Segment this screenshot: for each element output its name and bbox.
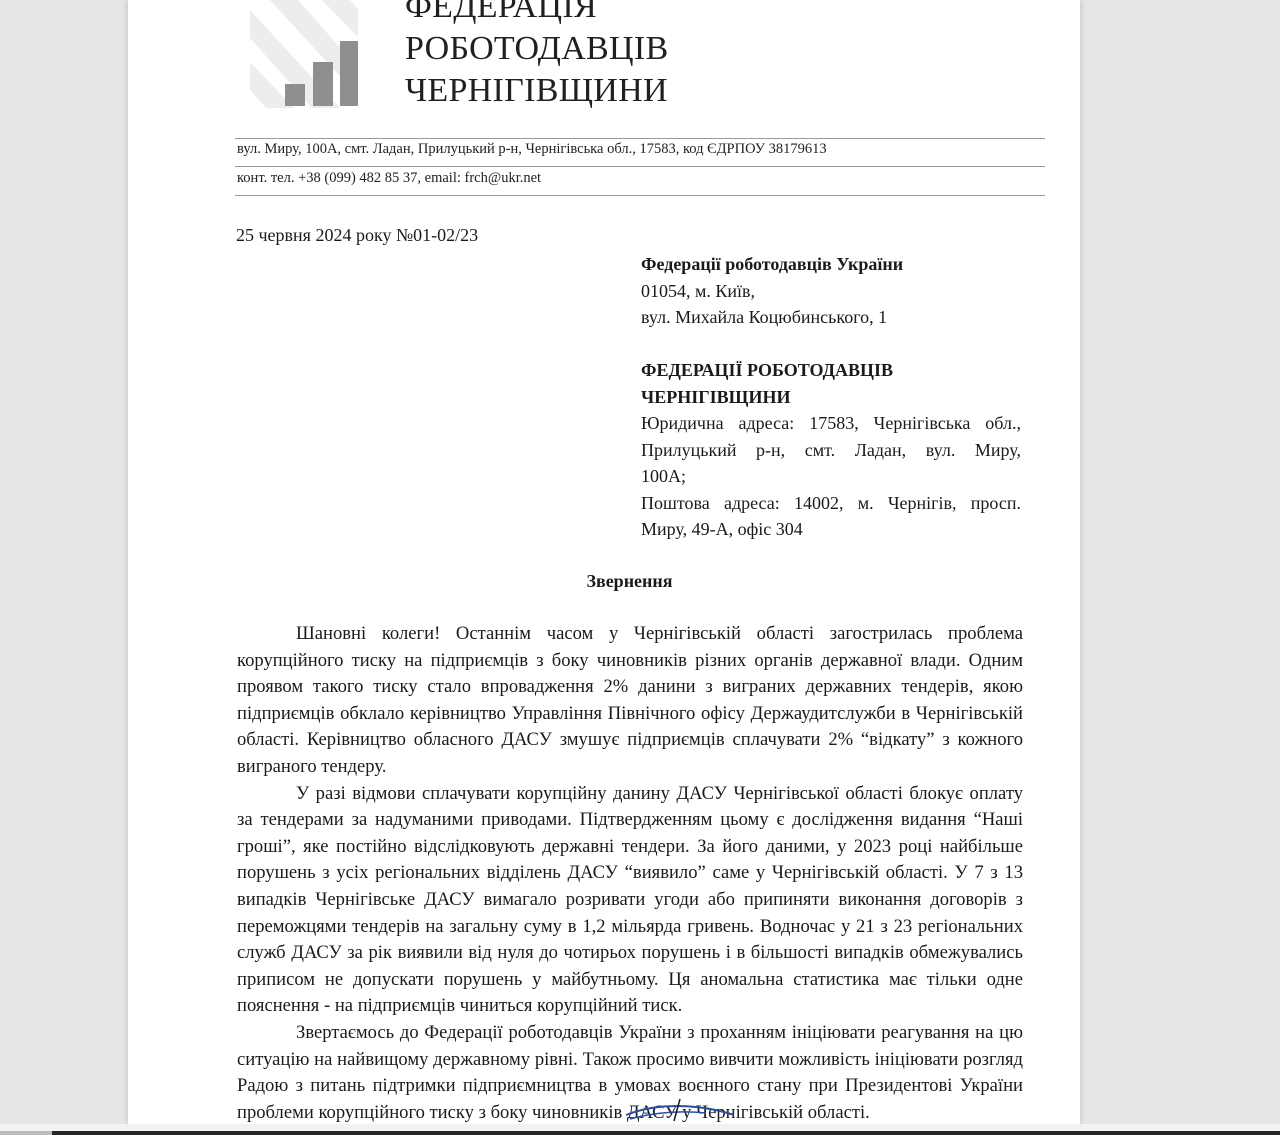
legal-address-line: Юридична адреса: 17583, Чернігівська обл… <box>641 410 1021 437</box>
org-name: ФЕДЕРАЦІЯ РОБОТОДАВЦІВ ЧЕРНІГІВЩИНИ <box>405 0 668 112</box>
bar-chart-stripes-logo-icon <box>250 0 358 108</box>
address-line: вул. Миру, 100А, смт. Ладан, Прилуцький … <box>237 141 827 158</box>
recipient-block: Федерації роботодавців України 01054, м.… <box>641 251 1021 331</box>
body-paragraph: У разі відмови сплачувати корупційну дан… <box>237 781 1023 1020</box>
viewer-bottom-bar <box>0 1124 1280 1135</box>
signature-ink-icon <box>616 1085 736 1124</box>
recipient-address-line: вул. Михайла Коцюбинського, 1 <box>641 304 1021 331</box>
org-name-line: ЧЕРНІГІВЩИНИ <box>405 70 668 112</box>
letter-body: Шановні колеги! Останнім часом у Чернігі… <box>237 621 1023 1124</box>
body-paragraph: Шановні колеги! Останнім часом у Чернігі… <box>237 621 1023 781</box>
scrollbar-thumb[interactable] <box>52 1131 1280 1135</box>
date-reference: 25 червня 2024 року №01-02/23 <box>236 225 478 246</box>
recipient-address-line: 01054, м. Київ, <box>641 278 1021 305</box>
scrollbar-track[interactable] <box>0 1131 52 1135</box>
postal-address-line: Поштова адреса: 14002, м. Чернігів, прос… <box>641 490 1021 517</box>
document-page: ФЕДЕРАЦІЯ РОБОТОДАВЦІВ ЧЕРНІГІВЩИНИ вул.… <box>128 0 1080 1124</box>
sender-block: ФЕДЕРАЦІЇ РОБОТОДАВЦІВ ЧЕРНІГІВЩИНИ Юрид… <box>641 357 1021 543</box>
header-rule <box>235 195 1045 196</box>
contact-line: конт. тел. +38 (099) 482 85 37, email: f… <box>237 170 541 187</box>
letter-title: Звернення <box>128 571 1080 592</box>
org-name-line: ФЕДЕРАЦІЯ <box>405 0 668 28</box>
header-rule <box>235 166 1045 167</box>
sender-name: ЧЕРНІГІВЩИНИ <box>641 384 1021 411</box>
header-rule <box>235 138 1045 139</box>
sender-name: ФЕДЕРАЦІЇ РОБОТОДАВЦІВ <box>641 357 1021 384</box>
org-name-line: РОБОТОДАВЦІВ <box>405 28 668 70</box>
recipient-name: Федерації роботодавців України <box>641 251 1021 278</box>
postal-address-line: Миру, 49-А, офіс 304 <box>641 516 1021 543</box>
legal-address-line: 100А; <box>641 463 1021 490</box>
legal-address-line: Прилуцький р-н, смт. Ладан, вул. Миру, <box>641 437 1021 464</box>
